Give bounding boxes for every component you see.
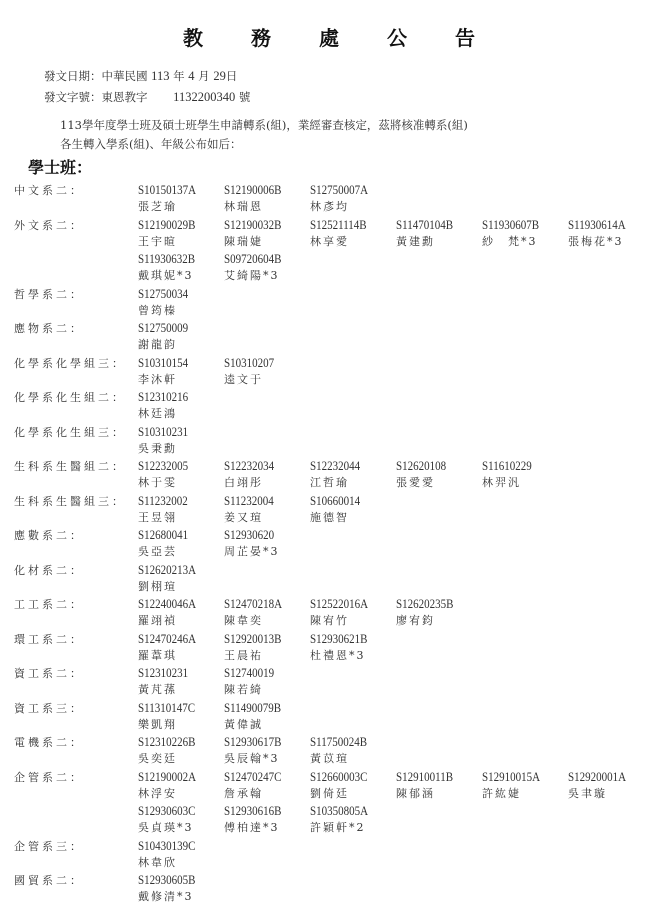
title-char: 告	[455, 22, 475, 51]
student-list: S12470246A羅葦琪S12920013B王晨祐S12930621B杜禮恩*…	[138, 631, 658, 666]
student-name: 黃偉誠	[224, 716, 310, 733]
student-name: 張芝瑜	[138, 198, 224, 215]
student-entry: S11610229林羿汎	[482, 458, 568, 493]
student-entry: S12750007A林彥均	[310, 182, 396, 217]
student-name: 許穎軒*2	[310, 819, 396, 836]
announcement-title: 教務處公告	[0, 22, 658, 51]
student-name: 李沐軒	[138, 371, 224, 388]
student-entry: S10150137A張芝瑜	[138, 182, 224, 217]
student-entry: S12740019陳若綺	[224, 665, 310, 700]
department-label: 環工系二：	[14, 631, 84, 647]
student-entry: S10310207逵文于	[224, 355, 310, 390]
student-entry: S12910015A許紘婕	[482, 769, 568, 804]
student-id: S10350805A	[310, 803, 386, 819]
student-name: 紗 梵*3	[482, 233, 568, 250]
student-name: 吳聿璇	[568, 785, 654, 802]
student-entry: S12232044江哲瑜	[310, 458, 396, 493]
student-id: S11310147C	[138, 700, 214, 716]
student-id: S11610229	[482, 458, 558, 474]
student-name: 黃建勳	[396, 233, 482, 250]
student-entry: S09720604B艾綺陽*3	[224, 251, 310, 286]
department-label: 電機系二：	[14, 734, 84, 750]
student-id: S12232034	[224, 458, 300, 474]
student-name: 戴琪妮*3	[138, 267, 224, 284]
student-entry: S12232005林于雯	[138, 458, 224, 493]
student-id: S12930616B	[224, 803, 300, 819]
department-label: 資工系二：	[14, 665, 84, 681]
student-entry: S12240046A羅翊禎	[138, 596, 224, 631]
student-name: 逵文于	[224, 371, 310, 388]
student-id: S12190006B	[224, 182, 300, 198]
student-name: 張愛愛	[396, 474, 482, 491]
student-name: 黃芃蓀	[138, 681, 224, 698]
student-entry: S12680041吳亞芸	[138, 527, 224, 562]
student-name: 詹承翰	[224, 785, 310, 802]
student-id: S12240046A	[138, 596, 214, 612]
student-name: 劉倚廷	[310, 785, 396, 802]
student-id: S12660003C	[310, 769, 386, 785]
department-label: 哲學系二：	[14, 286, 84, 302]
student-name: 羅翊禎	[138, 612, 224, 629]
student-list: S11310147C樂凱翔S11490079B黃偉誠	[138, 700, 658, 735]
student-entry: S12190002A林浮安	[138, 769, 224, 804]
student-name: 吳奕廷	[138, 750, 224, 767]
student-name: 陳若綺	[224, 681, 310, 698]
student-id: S12930605B	[138, 872, 214, 888]
student-id: S12470247C	[224, 769, 300, 785]
document-number-value: 1132200340	[173, 90, 235, 104]
day-unit: 日	[226, 69, 238, 83]
student-list: S12680041吳亞芸S12930620周芷晏*3	[138, 527, 658, 562]
student-entry: S12930603C吳貞瑛*3	[138, 803, 224, 838]
student-id: S12930621B	[310, 631, 386, 647]
month-unit: 月	[198, 69, 210, 83]
student-name: 林享愛	[310, 233, 396, 250]
student-name: 林廷鴻	[138, 405, 224, 422]
student-entry: S11930614A張梅花*3	[568, 217, 654, 252]
student-name: 林彥均	[310, 198, 396, 215]
student-id: S12190029B	[138, 217, 214, 233]
student-name: 江哲瑜	[310, 474, 396, 491]
student-name: 戴修清*3	[138, 888, 224, 905]
student-entry: S10350805A許穎軒*2	[310, 803, 396, 838]
student-id: S12920013B	[224, 631, 300, 647]
student-name: 吳貞瑛*3	[138, 819, 224, 836]
student-entry: S12470247C詹承翰	[224, 769, 310, 804]
student-name: 王晨祐	[224, 647, 310, 664]
student-entry: S12930617B吳辰翰*3	[224, 734, 310, 769]
student-name: 姜又瑄	[224, 509, 310, 526]
document-number-unit: 號	[239, 90, 251, 104]
student-id: S12930603C	[138, 803, 214, 819]
student-entry: S10430139C林韋欣	[138, 838, 224, 873]
student-list: S12310216林廷鴻	[138, 389, 658, 424]
student-entry: S12930616B傅柏達*3	[224, 803, 310, 838]
department-label: 生科系生醫組二：	[14, 458, 126, 474]
student-id: S12470218A	[224, 596, 300, 612]
student-id: S12620213A	[138, 562, 214, 578]
student-id: S12620108	[396, 458, 472, 474]
student-entry: S12750009謝龍韵	[138, 320, 224, 355]
student-entry: S12620235B廖宥鈞	[396, 596, 482, 631]
student-id: S11232004	[224, 493, 300, 509]
student-list: S11232002王昱翎S11232004姜又瑄S10660014施德智	[138, 493, 658, 528]
student-name: 曾筠榛	[138, 302, 224, 319]
student-entry: S12522016A陳宥竹	[310, 596, 396, 631]
student-entry: S12521114B林享愛	[310, 217, 396, 252]
student-id: S11930614A	[568, 217, 644, 233]
student-entry: S12930605B戴修清*3	[138, 872, 224, 907]
student-entry: S12190029B王宇暄	[138, 217, 224, 252]
student-id: S12740019	[224, 665, 300, 681]
title-char: 處	[319, 22, 339, 51]
student-list: S12310231黃芃蓀S12740019陳若綺	[138, 665, 658, 700]
student-id: S12680041	[138, 527, 214, 543]
student-list: S10310154李沐軒S10310207逵文于	[138, 355, 658, 390]
student-name: 傅柏達*3	[224, 819, 310, 836]
student-name: 謝龍韵	[138, 336, 224, 353]
department-label: 國貿系二：	[14, 872, 84, 888]
student-id: S12910015A	[482, 769, 558, 785]
student-name: 林于雯	[138, 474, 224, 491]
student-list: S12190029B王宇暄S12190032B陳瑞婕S12521114B林享愛S…	[138, 217, 658, 286]
department-label: 應數系二：	[14, 527, 84, 543]
student-id: S12232005	[138, 458, 214, 474]
student-entry: S11930607B紗 梵*3	[482, 217, 568, 252]
issue-date-day: 29	[213, 69, 226, 83]
student-id: S12521114B	[310, 217, 386, 233]
student-entry: S10660014施德智	[310, 493, 396, 528]
student-entry: S12190006B林瑞恩	[224, 182, 310, 217]
student-id: S10660014	[310, 493, 386, 509]
student-id: S12310226B	[138, 734, 214, 750]
student-name: 吳辰翰*3	[224, 750, 310, 767]
student-id: S10430139C	[138, 838, 214, 854]
student-entry: S12920013B王晨祐	[224, 631, 310, 666]
student-name: 陳郁涵	[396, 785, 482, 802]
issue-date: 發文日期：中華民國 113 年 4 月 29日	[44, 68, 237, 84]
student-name: 艾綺陽*3	[224, 267, 310, 284]
student-name: 張梅花*3	[568, 233, 654, 250]
student-entry: S11232002王昱翎	[138, 493, 224, 528]
student-name: 王昱翎	[138, 509, 224, 526]
student-entry: S12620108張愛愛	[396, 458, 482, 493]
title-char: 公	[387, 22, 407, 51]
student-name: 許紘婕	[482, 785, 568, 802]
student-entry: S12470218A陳韋奕	[224, 596, 310, 631]
student-id: S11490079B	[224, 700, 300, 716]
student-id: S12750009	[138, 320, 214, 336]
student-entry: S12310231黃芃蓀	[138, 665, 224, 700]
department-label: 化學系化生組三：	[14, 424, 126, 440]
student-id: S12910011B	[396, 769, 472, 785]
student-id: S12232044	[310, 458, 386, 474]
student-id: S12470246A	[138, 631, 214, 647]
issue-date-month: 4	[188, 69, 194, 83]
student-id: S12310231	[138, 665, 214, 681]
student-id: S10310207	[224, 355, 300, 371]
student-list: S10150137A張芝瑜S12190006B林瑞恩S12750007A林彥均	[138, 182, 658, 217]
section-title-bachelor: 學士班：	[28, 155, 92, 178]
student-entry: S12910011B陳郁涵	[396, 769, 482, 804]
student-id: S11930607B	[482, 217, 558, 233]
student-entry: S12930621B杜禮恩*3	[310, 631, 396, 666]
student-name: 黃苡瑄	[310, 750, 396, 767]
student-entry: S10310154李沐軒	[138, 355, 224, 390]
student-list: S12930605B戴修清*3	[138, 872, 658, 907]
intro-line-2: 各生轉入學系(組)、年級公布如后：	[60, 136, 241, 152]
student-entry: S10310231吳秉勳	[138, 424, 224, 459]
student-entry: S11470104B黃建勳	[396, 217, 482, 252]
student-name: 施德智	[310, 509, 396, 526]
student-entry: S11930632B戴琪妮*3	[138, 251, 224, 286]
student-id: S12190002A	[138, 769, 214, 785]
student-list: S12232005林于雯S12232034白翊彤S12232044江哲瑜S126…	[138, 458, 658, 493]
student-id: S12620235B	[396, 596, 472, 612]
student-id: S12920001A	[568, 769, 644, 785]
student-list: S10310231吳秉勳	[138, 424, 658, 459]
student-entry: S11490079B黃偉誠	[224, 700, 310, 735]
student-list: S12750034曾筠榛	[138, 286, 658, 321]
student-entry: S12232034白翊彤	[224, 458, 310, 493]
department-label: 工工系二：	[14, 596, 84, 612]
student-id: S11232002	[138, 493, 214, 509]
student-id: S10150137A	[138, 182, 214, 198]
student-entry: S12190032B陳瑞婕	[224, 217, 310, 252]
student-entry: S12310216林廷鴻	[138, 389, 224, 424]
student-entry: S11750024B黃苡瑄	[310, 734, 396, 769]
document-number: 發文字號：東恩教字 1132200340 號	[44, 89, 250, 105]
student-name: 白翊彤	[224, 474, 310, 491]
student-list: S12240046A羅翊禎S12470218A陳韋奕S12522016A陳宥竹S…	[138, 596, 658, 631]
title-char: 務	[251, 22, 271, 51]
student-id: S12190032B	[224, 217, 300, 233]
student-name: 王宇暄	[138, 233, 224, 250]
student-name: 杜禮恩*3	[310, 647, 396, 664]
department-label: 化學系化生組二：	[14, 389, 126, 405]
student-name: 陳宥竹	[310, 612, 396, 629]
student-entry: S11310147C樂凱翔	[138, 700, 224, 735]
year-unit: 年	[173, 69, 185, 83]
student-name: 陳韋奕	[224, 612, 310, 629]
student-id: S10310154	[138, 355, 214, 371]
student-list: S12310226B吳奕廷S12930617B吳辰翰*3S11750024B黃苡…	[138, 734, 658, 769]
student-name: 林羿汎	[482, 474, 568, 491]
student-name: 劉栩瑄	[138, 578, 224, 595]
student-list: S10430139C林韋欣	[138, 838, 658, 873]
department-label: 應物系二：	[14, 320, 84, 336]
student-name: 羅葦琪	[138, 647, 224, 664]
student-entry: S11232004姜又瑄	[224, 493, 310, 528]
issue-date-year: 113	[151, 69, 169, 83]
student-list: S12620213A劉栩瑄	[138, 562, 658, 597]
student-id: S12310216	[138, 389, 214, 405]
document-number-label: 發文字號：東恩教字	[44, 90, 148, 104]
student-id: S12930617B	[224, 734, 300, 750]
student-name: 周芷晏*3	[224, 543, 310, 560]
student-list: S12190002A林浮安S12470247C詹承翰S12660003C劉倚廷S…	[138, 769, 658, 838]
department-label: 化材系二：	[14, 562, 84, 578]
student-name: 林浮安	[138, 785, 224, 802]
student-id: S11470104B	[396, 217, 472, 233]
student-name: 陳瑞婕	[224, 233, 310, 250]
student-list: S12750009謝龍韵	[138, 320, 658, 355]
student-name: 吳秉勳	[138, 440, 224, 457]
student-entry: S12920001A吳聿璇	[568, 769, 654, 804]
intro-line-1: 113學年度學士班及碩士班學生申請轉系(組)，業經審查核定，茲將核准轉系(組)	[60, 117, 468, 133]
student-id: S12750034	[138, 286, 214, 302]
student-entry: S12930620周芷晏*3	[224, 527, 310, 562]
student-name: 林瑞恩	[224, 198, 310, 215]
title-char: 教	[183, 22, 203, 51]
student-id: S12750007A	[310, 182, 386, 198]
department-label: 化學系化學組三：	[14, 355, 126, 371]
student-id: S11750024B	[310, 734, 386, 750]
student-id: S11930632B	[138, 251, 214, 267]
issue-date-label: 發文日期：中華民國	[44, 69, 148, 83]
student-name: 林韋欣	[138, 854, 224, 871]
student-entry: S12310226B吳奕廷	[138, 734, 224, 769]
student-name: 吳亞芸	[138, 543, 224, 560]
student-entry: S12750034曾筠榛	[138, 286, 224, 321]
department-label: 中文系二：	[14, 182, 84, 198]
student-id: S10310231	[138, 424, 214, 440]
department-label: 資工系三：	[14, 700, 84, 716]
student-entry: S12470246A羅葦琪	[138, 631, 224, 666]
department-label: 外文系二：	[14, 217, 84, 233]
department-label: 生科系生醫組三：	[14, 493, 126, 509]
department-label: 企管系三：	[14, 838, 84, 854]
department-label: 企管系二：	[14, 769, 84, 785]
student-entry: S12660003C劉倚廷	[310, 769, 396, 804]
student-entry: S12620213A劉栩瑄	[138, 562, 224, 597]
student-id: S12930620	[224, 527, 300, 543]
student-name: 樂凱翔	[138, 716, 224, 733]
student-id: S12522016A	[310, 596, 386, 612]
student-name: 廖宥鈞	[396, 612, 482, 629]
student-id: S09720604B	[224, 251, 300, 267]
